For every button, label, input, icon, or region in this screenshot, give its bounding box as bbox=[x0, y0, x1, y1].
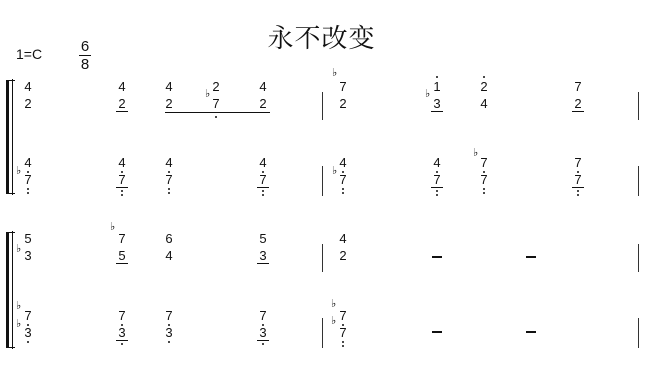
note: 7 bbox=[572, 80, 584, 94]
sustain-dash bbox=[432, 256, 442, 258]
barline bbox=[638, 92, 639, 120]
note: 2 bbox=[210, 80, 222, 94]
note: 3 bbox=[116, 326, 128, 341]
low-octave-dot bbox=[27, 341, 29, 343]
low-octave-dot bbox=[436, 190, 438, 192]
note: 2 bbox=[22, 97, 34, 111]
note: 7 bbox=[337, 80, 349, 94]
time-denominator: 8 bbox=[79, 56, 91, 73]
barline bbox=[322, 92, 323, 120]
note: 2 bbox=[572, 97, 584, 112]
note: 7 bbox=[257, 309, 269, 323]
low-octave-dot bbox=[168, 188, 170, 190]
sustain-dash bbox=[432, 331, 442, 333]
note: 7 bbox=[116, 173, 128, 188]
key-signature: 1=C bbox=[16, 46, 42, 62]
low-octave-dot bbox=[342, 192, 344, 194]
note: 7 bbox=[257, 173, 269, 188]
barline bbox=[638, 244, 639, 272]
flat-icon: ♭ bbox=[331, 315, 336, 326]
low-octave-dot bbox=[121, 343, 123, 345]
beam bbox=[165, 112, 270, 113]
note: 3 bbox=[163, 326, 175, 340]
note: 3 bbox=[257, 326, 269, 341]
barline bbox=[638, 166, 639, 196]
note: 7 bbox=[337, 309, 349, 323]
note: 7 bbox=[431, 173, 443, 188]
low-octave-dot bbox=[27, 188, 29, 190]
low-octave-dot bbox=[215, 116, 217, 118]
note: 7 bbox=[572, 173, 584, 188]
low-octave-dot bbox=[342, 341, 344, 343]
flat-icon: ♭ bbox=[16, 318, 21, 329]
low-octave-dot bbox=[436, 194, 438, 196]
sustain-dash bbox=[526, 331, 536, 333]
high-octave-dot bbox=[483, 76, 485, 78]
low-octave-dot bbox=[342, 345, 344, 347]
note: 6 bbox=[163, 232, 175, 246]
flat-icon: ♭ bbox=[110, 221, 115, 232]
note: 7 bbox=[22, 173, 34, 187]
note: 3 bbox=[22, 249, 34, 263]
note: 1 bbox=[431, 80, 443, 94]
barline bbox=[322, 244, 323, 272]
low-octave-dot bbox=[121, 194, 123, 196]
note: 2 bbox=[257, 97, 269, 111]
flat-icon: ♭ bbox=[331, 298, 336, 309]
note: 7 bbox=[478, 156, 490, 170]
note: 4 bbox=[478, 97, 490, 111]
low-octave-dot bbox=[342, 188, 344, 190]
note: 7 bbox=[337, 326, 349, 340]
flat-icon: ♭ bbox=[16, 300, 21, 311]
note: 2 bbox=[337, 249, 349, 263]
note: 4 bbox=[337, 232, 349, 246]
flat-icon: ♭ bbox=[16, 165, 21, 176]
note: 7 bbox=[163, 173, 175, 187]
note: 2 bbox=[163, 97, 175, 111]
note: 3 bbox=[257, 249, 269, 264]
low-octave-dot bbox=[262, 343, 264, 345]
note: 2 bbox=[337, 97, 349, 111]
note: 7 bbox=[116, 309, 128, 323]
flat-icon: ♭ bbox=[16, 243, 21, 254]
high-octave-dot bbox=[436, 76, 438, 78]
note: 4 bbox=[22, 80, 34, 94]
note: 3 bbox=[431, 97, 443, 112]
note: 4 bbox=[257, 80, 269, 94]
note: 5 bbox=[116, 249, 128, 264]
system1-bracket bbox=[6, 80, 15, 194]
barline bbox=[322, 318, 323, 348]
note: 7 bbox=[163, 309, 175, 323]
low-octave-dot bbox=[577, 190, 579, 192]
note: 4 bbox=[257, 156, 269, 170]
system2-bracket bbox=[6, 232, 15, 348]
time-signature: 6 8 bbox=[79, 38, 91, 73]
note: 7 bbox=[116, 232, 128, 246]
low-octave-dot bbox=[577, 194, 579, 196]
low-octave-dot bbox=[121, 190, 123, 192]
note: 4 bbox=[22, 156, 34, 170]
time-numerator: 6 bbox=[79, 38, 91, 55]
score-title: 永不改变 bbox=[0, 18, 647, 55]
note: 4 bbox=[163, 156, 175, 170]
note: 4 bbox=[431, 156, 443, 170]
flat-icon: ♭ bbox=[425, 88, 430, 99]
barline bbox=[638, 318, 639, 348]
low-octave-dot bbox=[483, 192, 485, 194]
note: 4 bbox=[163, 249, 175, 263]
note: 5 bbox=[257, 232, 269, 246]
note: 7 bbox=[572, 156, 584, 170]
note: 5 bbox=[22, 232, 34, 246]
note: 3 bbox=[22, 326, 34, 340]
note: 7 bbox=[22, 309, 34, 323]
barline bbox=[322, 166, 323, 196]
note: 4 bbox=[337, 156, 349, 170]
low-octave-dot bbox=[483, 188, 485, 190]
low-octave-dot bbox=[168, 192, 170, 194]
note: 2 bbox=[478, 80, 490, 94]
note: 7 bbox=[478, 173, 490, 187]
low-octave-dot bbox=[262, 194, 264, 196]
sustain-dash bbox=[526, 256, 536, 258]
note: 2 bbox=[116, 97, 128, 112]
flat-icon: ♭ bbox=[332, 67, 337, 78]
note: 4 bbox=[116, 156, 128, 170]
low-octave-dot bbox=[27, 192, 29, 194]
note: 7 bbox=[337, 173, 349, 187]
note: 7 bbox=[210, 97, 222, 111]
low-octave-dot bbox=[262, 190, 264, 192]
note: 4 bbox=[163, 80, 175, 94]
note: 4 bbox=[116, 80, 128, 94]
low-octave-dot bbox=[168, 341, 170, 343]
